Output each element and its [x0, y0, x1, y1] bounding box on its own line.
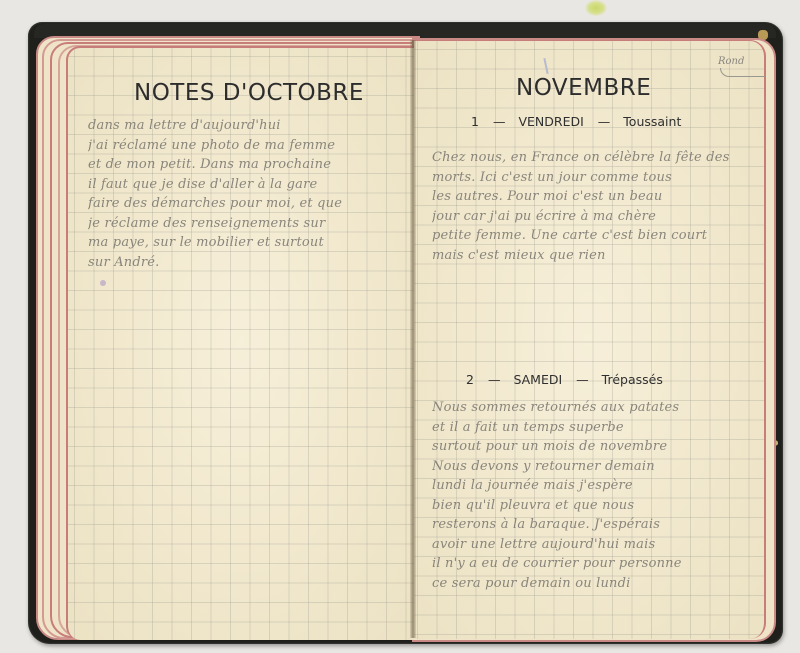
handwritten-line: je réclame des renseignements sur [88, 214, 406, 234]
handwritten-line: Nous devons y retourner demain [432, 457, 762, 477]
entry-1-handwriting: Chez nous, en France on célèbre la fête … [432, 148, 762, 265]
handwritten-line: et de mon petit. Dans ma prochaine [88, 155, 406, 175]
handwritten-line: dans ma lettre d'aujourd'hui [88, 116, 406, 136]
handwritten-line: Chez nous, en France on célèbre la fête … [432, 148, 762, 168]
dash: — [598, 114, 610, 129]
handwritten-line: il faut que je dise d'aller à la gare [88, 175, 406, 195]
day-header-1: 1 — VENDREDI — Toussaint [471, 114, 681, 129]
day-header-2: 2 — SAMEDI — Trépassés [466, 372, 663, 387]
handwritten-line: resterons à la baraque. J'espérais [432, 515, 762, 535]
weekday: SAMEDI [513, 372, 562, 387]
handwritten-line: les autres. Pour moi c'est un beau [432, 187, 762, 207]
handwritten-line: mais c'est mieux que rien [432, 246, 762, 266]
scan-stain [585, 0, 607, 16]
margin-note-underline [720, 68, 765, 77]
dash: — [488, 372, 500, 387]
handwritten-line: j'ai réclamé une photo de ma femme [88, 136, 406, 156]
margin-note: Rond [718, 56, 744, 67]
handwritten-line: ma paye, sur le mobilier et surtout [88, 233, 406, 253]
handwritten-line: morts. Ici c'est un jour comme tous [432, 168, 762, 188]
handwritten-line: bien qu'il pleuvra et que nous [432, 496, 762, 516]
handwritten-line: faire des démarches pour moi, et que [88, 194, 406, 214]
handwritten-line: et il a fait un temps superbe [432, 418, 762, 438]
handwritten-line: Nous sommes retournés aux patates [432, 398, 762, 418]
day-number: 2 [466, 372, 474, 387]
dash: — [493, 114, 505, 129]
handwritten-line: sur André. [88, 253, 406, 273]
handwritten-line: lundi la journée mais j'espère [432, 476, 762, 496]
entry-2-handwriting: Nous sommes retournés aux patates et il … [432, 398, 762, 593]
right-page-title: NOVEMBRE [516, 75, 651, 101]
weekday: VENDREDI [518, 114, 583, 129]
day-number: 1 [471, 114, 479, 129]
book-gutter [410, 40, 416, 638]
handwritten-line: petite femme. Une carte c'est bien court [432, 226, 762, 246]
handwritten-line: jour car j'ai pu écrire à ma chère [432, 207, 762, 227]
handwritten-line: avoir une lettre aujourd'hui mais [432, 535, 762, 555]
saint-day: Trépassés [602, 372, 663, 387]
handwritten-line: surtout pour un mois de novembre [432, 437, 762, 457]
dash: — [576, 372, 588, 387]
ink-blot [100, 280, 106, 286]
left-page-handwriting: dans ma lettre d'aujourd'hui j'ai réclam… [88, 116, 406, 272]
handwritten-line: il n'y a eu de courrier pour personne [432, 554, 762, 574]
handwritten-line: ce sera pour demain ou lundi [432, 574, 762, 594]
left-page-title: NOTES D'OCTOBRE [134, 80, 364, 106]
saint-day: Toussaint [623, 114, 681, 129]
